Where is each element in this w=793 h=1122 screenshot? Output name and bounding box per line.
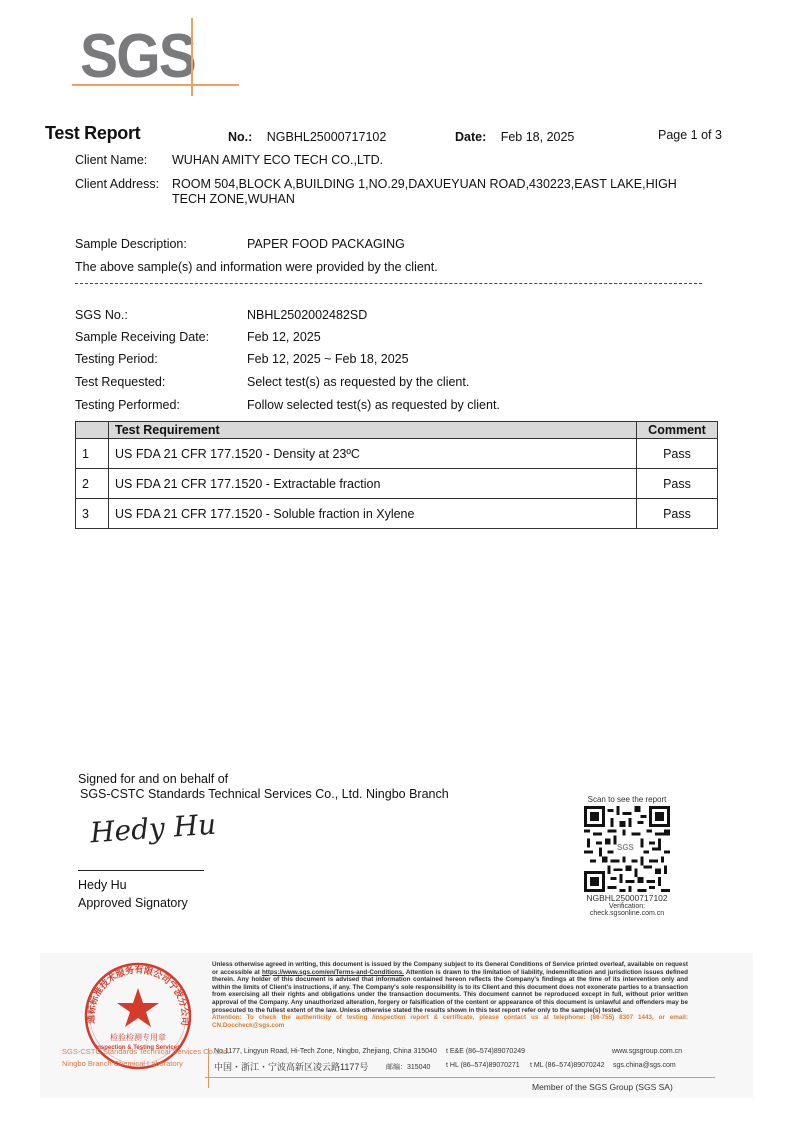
detail-value: Feb 12, 2025 xyxy=(247,330,321,344)
footer-address-cn: 中国・浙江・宁波高新区凌云路1177号 xyxy=(214,1060,368,1073)
signing-company: SGS-CSTC Standards Technical Services Co… xyxy=(80,787,449,801)
report-date-value: Feb 18, 2025 xyxy=(501,130,575,144)
footer-disclaimer: Unless otherwise agreed in writing, this… xyxy=(212,961,688,1029)
report-number-label: No.: xyxy=(228,130,252,144)
footer-email[interactable]: sgs.china@sgs.com xyxy=(613,1062,676,1069)
detail-label: Testing Period: xyxy=(75,352,158,366)
sample-description-label: Sample Description: xyxy=(75,237,187,251)
detail-label: Testing Performed: xyxy=(75,398,180,412)
client-name-value: WUHAN AMITY ECO TECH CO.,LTD. xyxy=(172,153,383,167)
row-number: 3 xyxy=(76,499,109,529)
logo-horizontal-rule xyxy=(72,84,239,86)
sgs-group-member: Member of the SGS Group (SGS SA) xyxy=(532,1082,673,1092)
qr-report-number: NGBHL25000717102 xyxy=(577,893,677,903)
detail-value: NBHL2502002482SD xyxy=(247,308,367,322)
detail-label: Sample Receiving Date: xyxy=(75,330,209,344)
footer-tel-hl: t HL (86–574)89070271 xyxy=(446,1062,520,1069)
row-number: 1 xyxy=(76,439,109,469)
page-indicator: Page 1 of 3 xyxy=(658,128,722,142)
signed-on-behalf: Signed for and on behalf of xyxy=(78,772,228,786)
stamp-company-line: SGS-CSTC Standards Technical Services Co… xyxy=(62,1047,229,1056)
client-name-label: Client Name: xyxy=(75,153,147,167)
client-address-line2: TECH ZONE,WUHAN xyxy=(172,192,295,206)
footer-horizontal-rule xyxy=(205,1077,715,1078)
detail-sgs-no: SGS No.: xyxy=(75,308,128,322)
handwritten-signature: Hedy Hu xyxy=(89,808,217,850)
header-test-requirement: Test Requirement xyxy=(109,422,637,439)
row-requirement: US FDA 21 CFR 177.1520 - Density at 23ºC xyxy=(109,439,637,469)
table-row: 1 US FDA 21 CFR 177.1520 - Density at 23… xyxy=(76,439,718,469)
client-address-line1: ROOM 504,BLOCK A,BUILDING 1,NO.29,DAXUEY… xyxy=(172,177,677,191)
terms-link[interactable]: https://www.sgs.com/en/Terms-and-Conditi… xyxy=(262,969,404,976)
detail-label: SGS No.: xyxy=(75,308,128,322)
verification-site: check.sgsonline.com.cn xyxy=(577,910,677,917)
signature-line xyxy=(78,870,204,871)
row-requirement: US FDA 21 CFR 177.1520 - Extractable fra… xyxy=(109,469,637,499)
disclaimer-text-2: Attention is drawn to the limitation of … xyxy=(212,969,688,1014)
qr-caption: Scan to see the report xyxy=(577,795,677,804)
footer-vertical-rule xyxy=(208,1048,209,1088)
signatory-title: Approved Signatory xyxy=(78,896,188,910)
detail-label: Test Requested: xyxy=(75,375,165,389)
report-date-label: Date: xyxy=(455,130,486,144)
qr-center-logo: SGS xyxy=(617,843,634,852)
dashed-divider xyxy=(75,283,702,284)
row-number: 2 xyxy=(76,469,109,499)
stamp-branch-line: Ningbo Branch Chemical Laboratory xyxy=(62,1059,183,1068)
authenticity-attention: Attention: To check the authenticity of … xyxy=(212,1014,688,1029)
sgs-logo-text: SGS xyxy=(80,22,195,92)
footer-postcode-cn: 邮编：315040 xyxy=(386,1062,430,1072)
detail-value: Feb 12, 2025 ~ Feb 18, 2025 xyxy=(247,352,409,366)
signatory-name: Hedy Hu xyxy=(78,878,127,892)
test-results-table: Test Requirement Comment 1 US FDA 21 CFR… xyxy=(75,421,718,529)
header-number xyxy=(76,422,109,439)
client-address-label: Client Address: xyxy=(75,177,159,191)
table-header-row: Test Requirement Comment xyxy=(76,422,718,439)
detail-value: Select test(s) as requested by the clien… xyxy=(247,375,469,389)
logo-vertical-rule xyxy=(191,18,193,96)
row-requirement: US FDA 21 CFR 177.1520 - Soluble fractio… xyxy=(109,499,637,529)
footer-address-en: No.1177, Lingyun Road, Hi-Tech Zone, Nin… xyxy=(214,1048,437,1055)
table-row: 2 US FDA 21 CFR 177.1520 - Extractable f… xyxy=(76,469,718,499)
row-comment: Pass xyxy=(637,499,718,529)
report-number: No.: NGBHL25000717102 xyxy=(228,128,386,146)
footer-tel-ee: t E&E (86–574)89070249 xyxy=(446,1048,525,1055)
footer-tel-ml: t ML (86–574)89070242 xyxy=(530,1062,604,1069)
row-comment: Pass xyxy=(637,439,718,469)
sgs-logo: SGS xyxy=(72,18,222,98)
detail-value: Follow selected test(s) as requested by … xyxy=(247,398,500,412)
svg-text:检验检测专用章: 检验检测专用章 xyxy=(110,1032,166,1042)
sample-provided-note: The above sample(s) and information were… xyxy=(75,260,438,274)
report-number-value: NGBHL25000717102 xyxy=(267,130,387,144)
sample-description-value: PAPER FOOD PACKAGING xyxy=(247,237,405,251)
report-date: Date: Feb 18, 2025 xyxy=(455,128,574,146)
header-comment: Comment xyxy=(637,422,718,439)
qr-code[interactable]: SGS xyxy=(584,806,670,892)
qr-verification: Scan to see the report SGS NGBHL25000717… xyxy=(577,795,677,917)
verification-label: Verification: xyxy=(577,903,677,910)
page-title: Test Report xyxy=(45,123,140,144)
footer-website[interactable]: www.sgsgroup.com.cn xyxy=(612,1048,682,1055)
table-row: 3 US FDA 21 CFR 177.1520 - Soluble fract… xyxy=(76,499,718,529)
row-comment: Pass xyxy=(637,469,718,499)
